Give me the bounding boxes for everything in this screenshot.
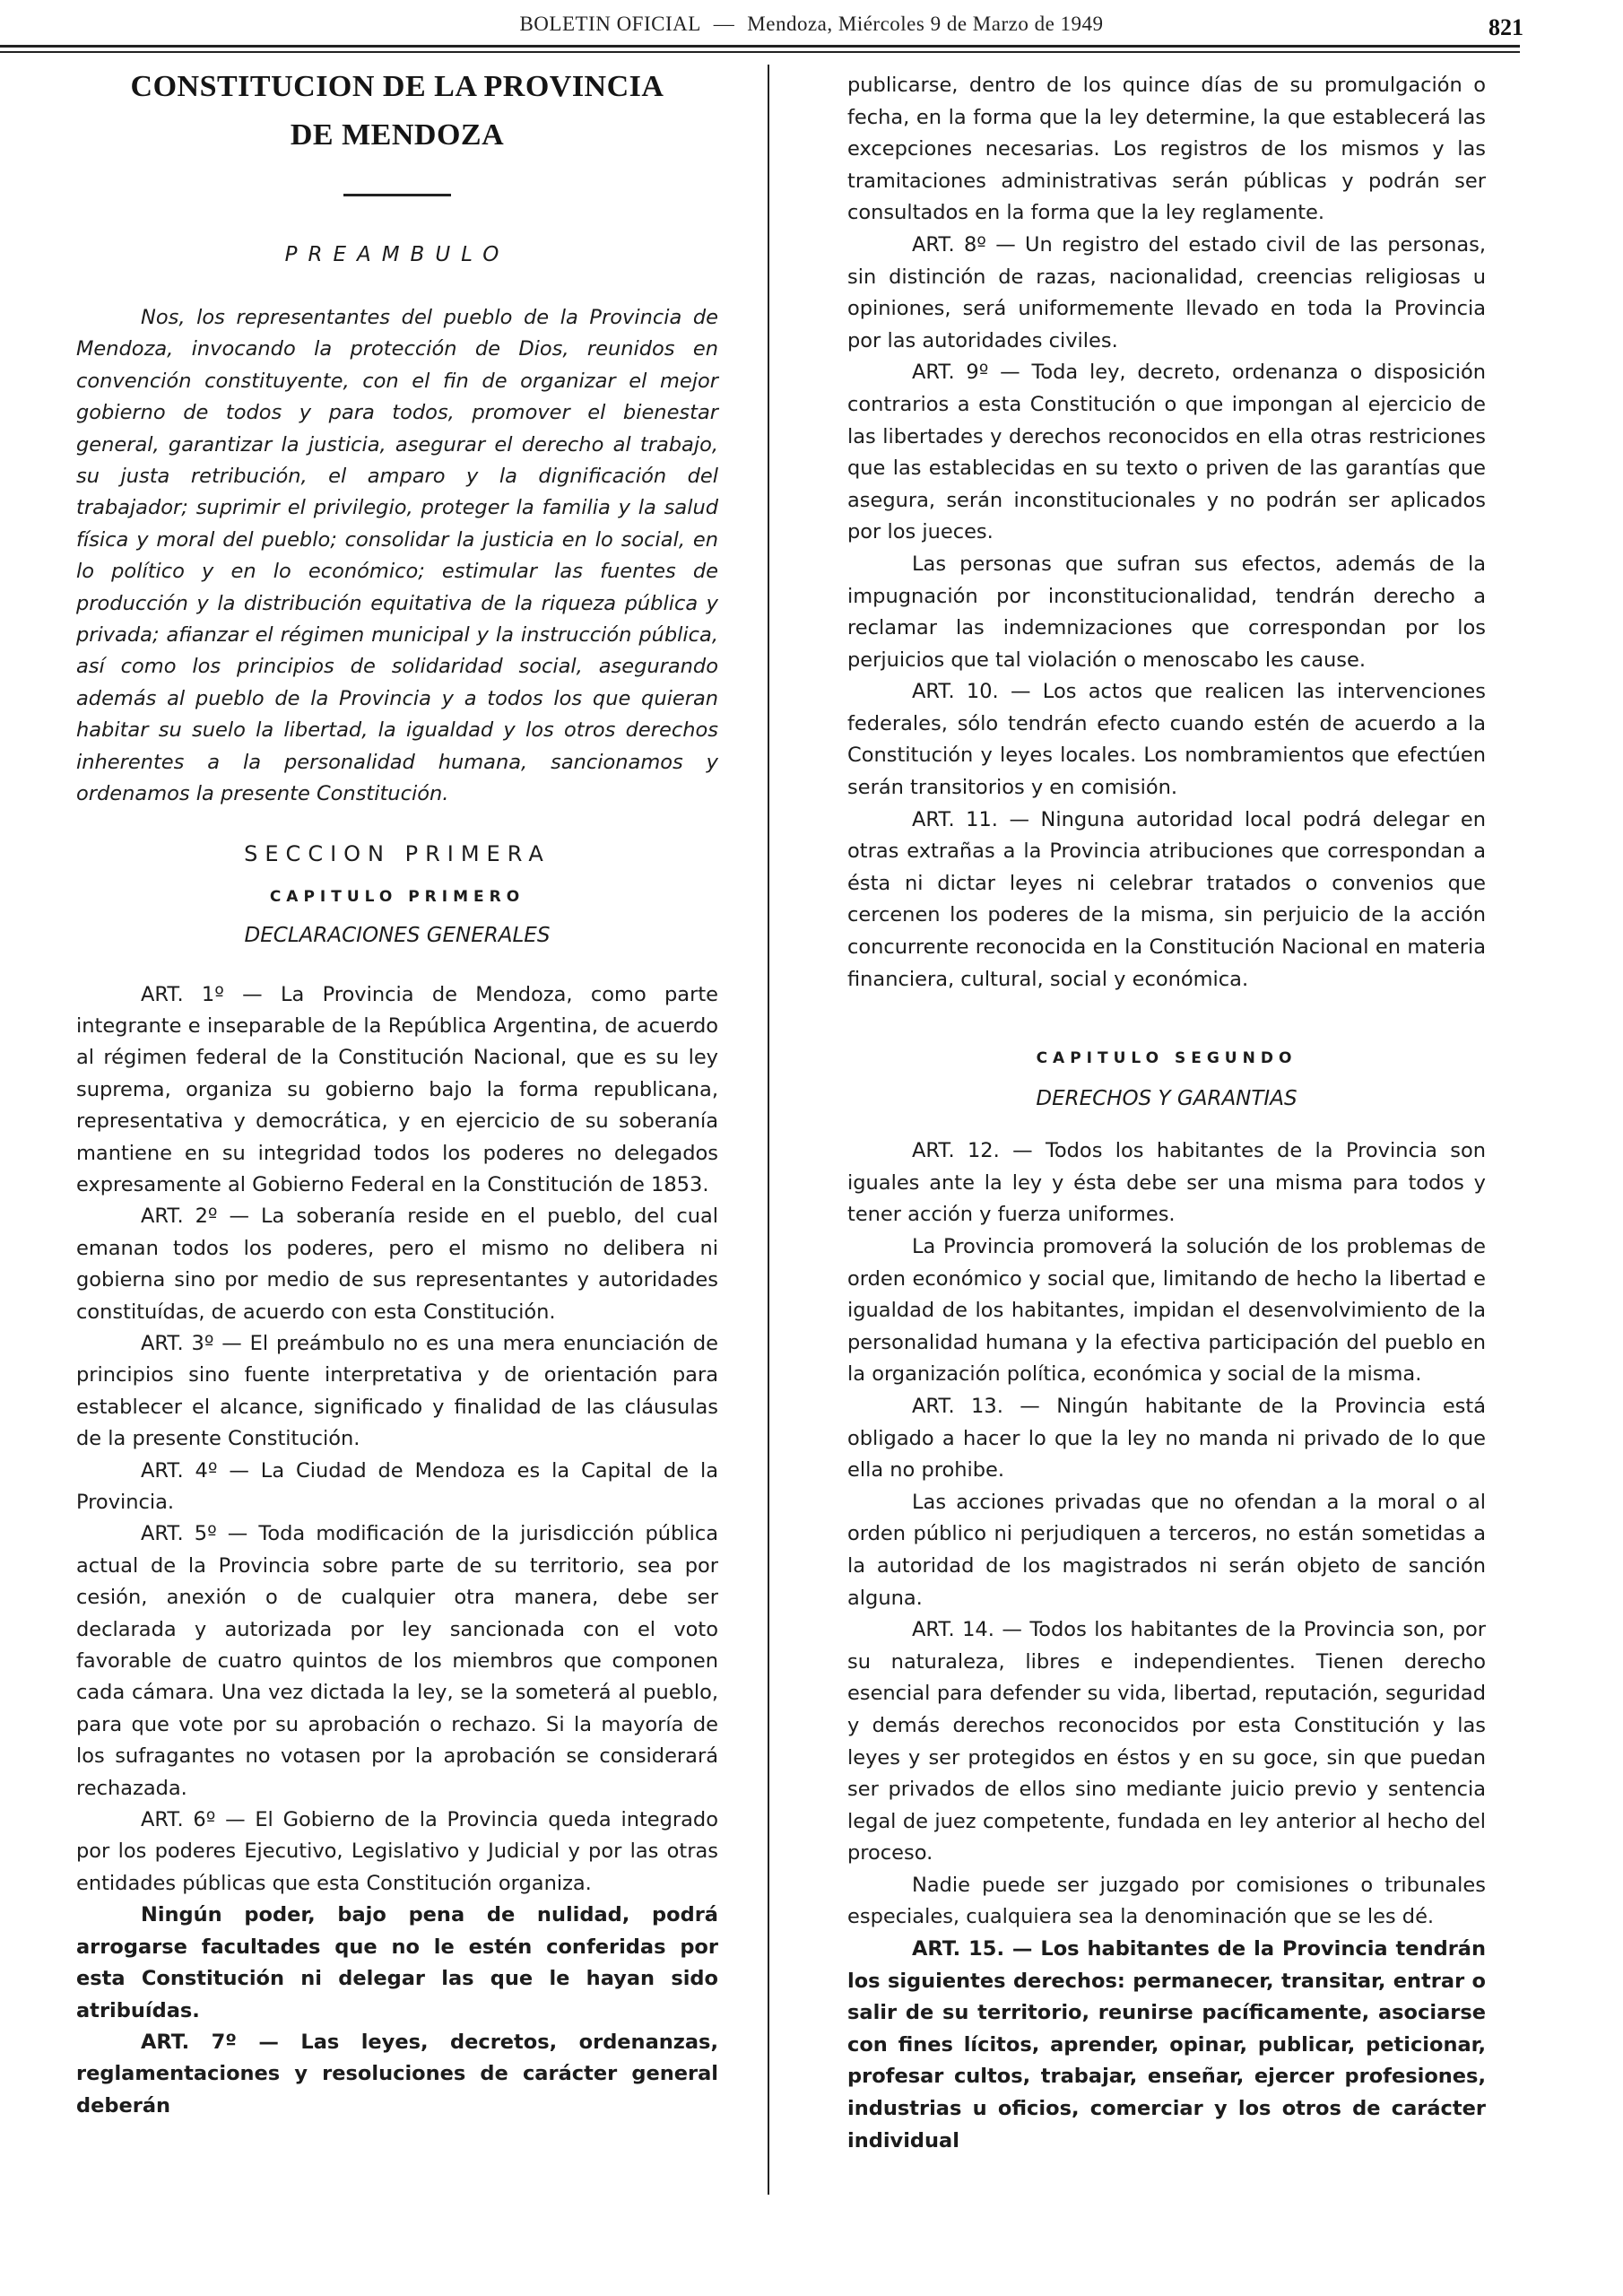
header-double-rule-bottom bbox=[0, 51, 1520, 53]
title-line-2: DE MENDOZA bbox=[291, 118, 504, 152]
article-paragraph: ART. 6º — El Gobierno de la Provincia qu… bbox=[76, 1805, 718, 1900]
page-number: 821 bbox=[1488, 14, 1523, 41]
publication-name: BOLETIN OFICIAL bbox=[519, 13, 700, 35]
article-paragraph: ART. 3º — El preámbulo no es una mera en… bbox=[76, 1328, 718, 1456]
capitulo-heading: CAPITULO SEGUNDO bbox=[847, 1049, 1486, 1067]
article-paragraph: ART. 4º — La Ciudad de Mendoza es la Cap… bbox=[76, 1456, 718, 1519]
header-separator: — bbox=[714, 13, 735, 35]
header-double-rule-top bbox=[0, 45, 1520, 48]
column-divider bbox=[768, 65, 769, 2195]
article-paragraph: ART. 10. — Los actos que realicen las in… bbox=[847, 676, 1486, 804]
article-paragraph: ART. 7º — Las leyes, decretos, ordenanza… bbox=[76, 2027, 718, 2122]
article-paragraph: ART. 11. — Ninguna autoridad local podrá… bbox=[847, 804, 1486, 996]
article-paragraph: ART. 8º — Un registro del estado civil d… bbox=[847, 230, 1486, 357]
article-paragraph-continued: publicarse, dentro de los quince días de… bbox=[847, 70, 1486, 230]
left-column: CONSTITUCION DE LA PROVINCIA DE MENDOZA … bbox=[76, 63, 718, 2122]
article-paragraph: ART. 13. — Ningún habitante de la Provin… bbox=[847, 1391, 1486, 1487]
article-paragraph: ART. 1º — La Provincia de Mendoza, como … bbox=[76, 979, 718, 1202]
article-paragraph: Las personas que sufran sus efectos, ade… bbox=[847, 549, 1486, 676]
article-paragraph: ART. 14. — Todos los habitantes de la Pr… bbox=[847, 1614, 1486, 1870]
right-column: publicarse, dentro de los quince días de… bbox=[847, 70, 1486, 2157]
page-header: BOLETIN OFICIAL—Mendoza, Miércoles 9 de … bbox=[0, 0, 1623, 63]
capitulo-subheading: DERECHOS Y GARANTIAS bbox=[847, 1087, 1486, 1110]
article-paragraph: ART. 5º — Toda modificación de la jurisd… bbox=[76, 1518, 718, 1805]
running-head: BOLETIN OFICIAL—Mendoza, Miércoles 9 de … bbox=[0, 13, 1623, 36]
capitulo-heading: CAPITULO PRIMERO bbox=[76, 888, 718, 906]
title-underline-rule bbox=[343, 194, 451, 196]
title-line-1: CONSTITUCION DE LA PROVINCIA bbox=[131, 70, 664, 103]
article-paragraph: ART. 12. — Todos los habitantes de la Pr… bbox=[847, 1135, 1486, 1231]
article-paragraph: Las acciones privadas que no ofendan a l… bbox=[847, 1487, 1486, 1614]
capitulo-subheading: DECLARACIONES GENERALES bbox=[76, 924, 718, 947]
article-paragraph: ART. 15. — Los habitantes de la Provinci… bbox=[847, 1934, 1486, 2157]
article-paragraph: Ningún poder, bajo pena de nulidad, podr… bbox=[76, 1900, 718, 2027]
preambulo-heading: PREAMBULO bbox=[76, 243, 718, 266]
article-paragraph: La Provincia promoverá la solución de lo… bbox=[847, 1231, 1486, 1391]
seccion-heading: SECCION PRIMERA bbox=[76, 841, 718, 866]
article-paragraph: Nadie puede ser juzgado por comisiones o… bbox=[847, 1870, 1486, 1934]
article-paragraph: ART. 9º — Toda ley, decreto, ordenanza o… bbox=[847, 357, 1486, 549]
document-title: CONSTITUCION DE LA PROVINCIA DE MENDOZA bbox=[76, 63, 718, 160]
preambulo-text: Nos, los representantes del pueblo de la… bbox=[76, 302, 718, 811]
article-paragraph: ART. 2º — La soberanía reside en el pueb… bbox=[76, 1201, 718, 1328]
publication-date: Mendoza, Miércoles 9 de Marzo de 1949 bbox=[747, 13, 1103, 35]
